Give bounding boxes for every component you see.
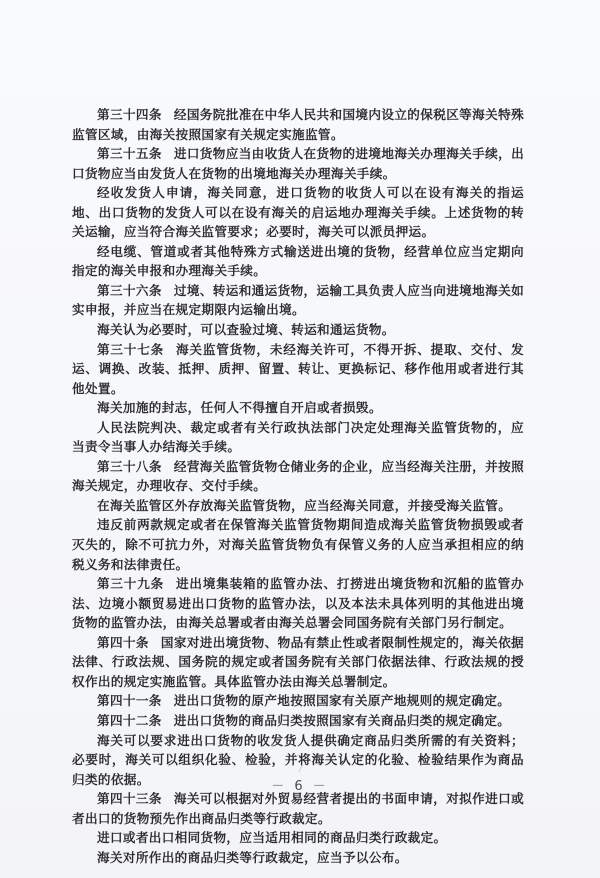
article-number: 第三十八条: [97, 459, 162, 474]
paragraph: 人民法院判决、裁定或者有关行政执法部门决定处理海关监管货物的，应当责令当事人办结…: [72, 418, 524, 457]
page-number: － 6 －: [0, 775, 600, 794]
paragraph: 进口或者出口相同货物，应当适用相同的商品归类行政裁定。: [72, 828, 524, 848]
article-number: 第三十六条: [97, 283, 162, 298]
paragraph: 第四十一条进出口货物的原产地按照国家有关原产地规则的规定确定。: [72, 691, 524, 711]
paragraph: 第三十七条海关监管货物，未经海关许可，不得开拆、提取、交付、发运、调换、改装、抵…: [72, 340, 524, 399]
article-number: 第三十九条: [97, 576, 164, 591]
paragraph: 第三十五条进口货物应当由收货人在货物的进境地海关办理海关手续，出口货物应当由发货…: [72, 144, 524, 183]
paragraph: 经收发货人申请，海关同意，进口货物的收货人可以在设有海关的指运地、出口货物的发货…: [72, 183, 524, 242]
paragraph-text: 进出口货物的商品归类按照国家有关商品归类的规定确定。: [174, 713, 511, 728]
paragraph: 第四十三条海关可以根据对外贸易经营者提出的书面申请，对拟作进口或者出口的货物预先…: [72, 789, 524, 828]
document-body: 第三十四条经国务院批准在中华人民共和国境内设立的保税区等海关特殊监管区域，由海关…: [72, 105, 524, 867]
paragraph-text: 海关认为必要时，可以查验过境、转运和通运货物。: [97, 322, 395, 337]
scanned-document-page: 第三十四条经国务院批准在中华人民共和国境内设立的保税区等海关特殊监管区域，由海关…: [0, 0, 600, 878]
article-number: 第四十一条: [97, 693, 162, 708]
article-number: 第三十七条: [97, 342, 164, 357]
paragraph: 第四十二条进出口货物的商品归类按照国家有关商品归类的规定确定。: [72, 711, 524, 731]
paragraph-text: 海关加施的封志，任何人不得擅自开启或者损毁。: [97, 400, 382, 415]
paragraph-text: 人民法院判决、裁定或者有关行政执法部门决定处理海关监管货物的，应当责令当事人办结…: [72, 420, 524, 455]
paragraph: 第三十六条过境、转运和通运货物，运输工具负责人应当向进境地海关如实申报，并应当在…: [72, 281, 524, 320]
paragraph: 第三十四条经国务院批准在中华人民共和国境内设立的保税区等海关特殊监管区域，由海关…: [72, 105, 524, 144]
article-number: 第三十五条: [97, 146, 162, 161]
paragraph: 海关对所作出的商品归类等行政裁定，应当予以公布。: [72, 848, 524, 868]
paragraph: 违反前两款规定或者在保管海关监管货物期间造成海关监管货物损毁或者灭失的，除不可抗…: [72, 515, 524, 574]
paragraph: 海关认为必要时，可以查验过境、转运和通运货物。: [72, 320, 524, 340]
paragraph-text: 海关对所作出的商品归类等行政裁定，应当予以公布。: [97, 850, 408, 865]
paragraph: 经电缆、管道或者其他特殊方式输送进出境的货物，经营单位应当定期向指定的海关申报和…: [72, 242, 524, 281]
paragraph-text: 进口或者出口相同货物，应当适用相同的商品归类行政裁定。: [97, 830, 446, 845]
paragraph: 第四十条国家对进出境货物、物品有禁止性或者限制性规定的，海关依据法律、行政法规、…: [72, 633, 524, 692]
article-number: 第四十条: [97, 635, 149, 650]
paragraph-text: 进出口货物的原产地按照国家有关原产地规则的规定确定。: [174, 693, 511, 708]
paragraph: 第三十八条经营海关监管货物仓储业务的企业，应当经海关注册，并按照海关规定，办理收…: [72, 457, 524, 496]
paragraph: 海关加施的封志，任何人不得擅自开启或者损毁。: [72, 398, 524, 418]
article-number: 第四十二条: [97, 713, 162, 728]
article-number: 第三十四条: [97, 107, 162, 122]
paragraph: 在海关监管区外存放海关监管货物，应当经海关同意，并接受海关监管。: [72, 496, 524, 516]
paragraph-text: 违反前两款规定或者在保管海关监管货物期间造成海关监管货物损毁或者灭失的，除不可抗…: [72, 517, 524, 571]
paragraph: 第三十九条进出境集装箱的监管办法、打捞进出境货物和沉船的监管办法、边境小额贸易进…: [72, 574, 524, 633]
paragraph-text: 经收发货人申请，海关同意，进口货物的收货人可以在设有海关的指运地、出口货物的发货…: [72, 185, 524, 239]
paragraph-text: 经电缆、管道或者其他特殊方式输送进出境的货物，经营单位应当定期向指定的海关申报和…: [72, 244, 524, 279]
paragraph-text: 在海关监管区外存放海关监管货物，应当经海关同意，并接受海关监管。: [97, 498, 511, 513]
